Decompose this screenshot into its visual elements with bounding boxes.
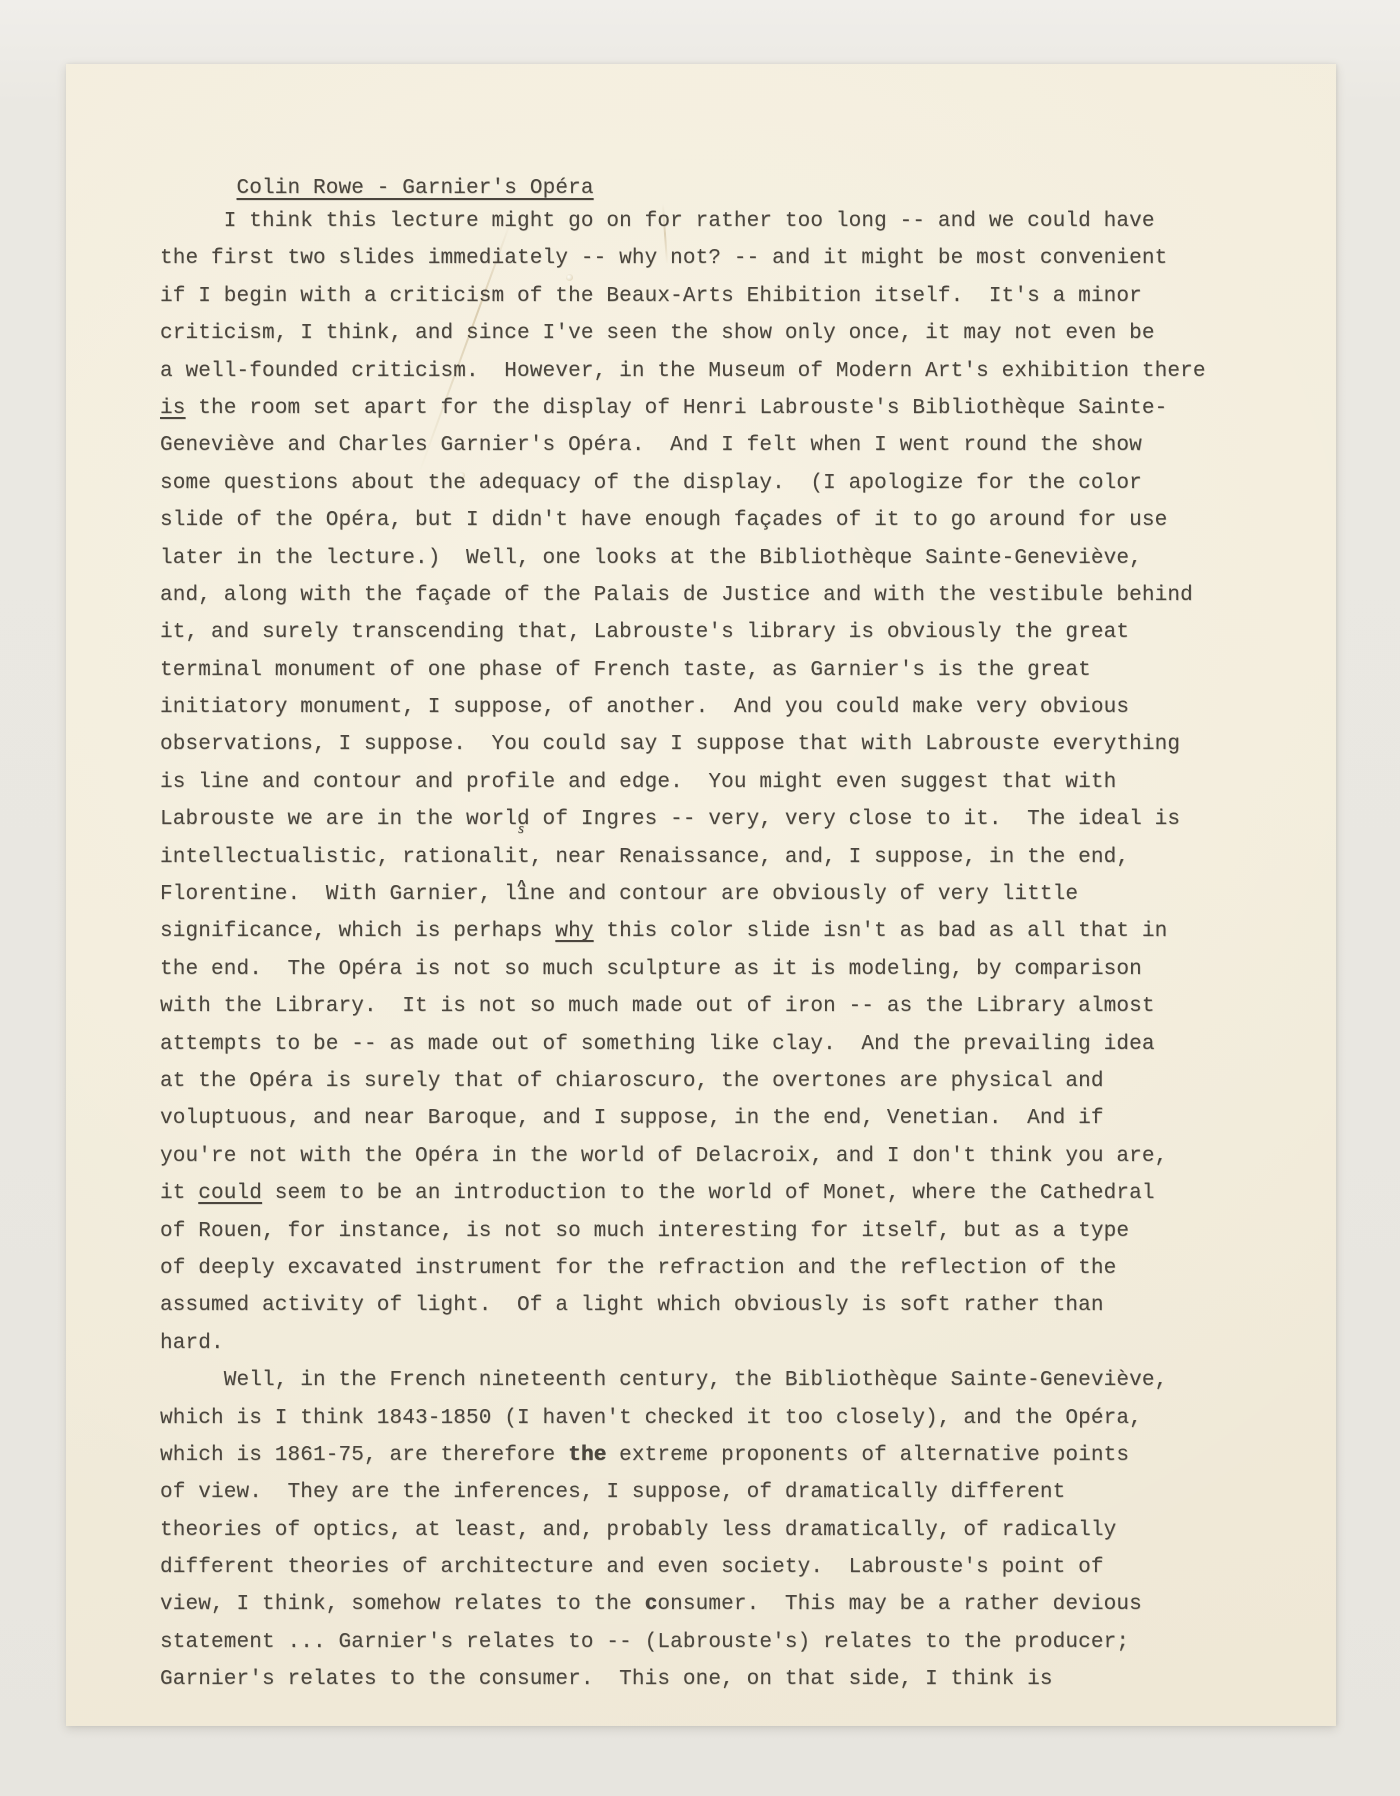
text-segment: different theories of architecture and e… — [160, 1556, 1104, 1579]
text-segment: intellectualistic, rationali — [160, 846, 517, 869]
text-segment: with the Library. It is not so much made… — [160, 995, 1155, 1018]
insertion-caret-below: ^ — [517, 879, 526, 894]
text-segment: observations, I suppose. You could say I… — [160, 733, 1180, 756]
text-line: theories of optics, at least, and, proba… — [160, 1512, 1206, 1549]
text-segment: later in the lecture.) Well, one looks a… — [160, 547, 1142, 570]
text-line: a well-founded criticism. However, in th… — [160, 353, 1206, 390]
text-line: voluptuous, and near Baroque, and I supp… — [160, 1100, 1206, 1137]
text-segment: which is 1861-75, are therefore — [160, 1444, 568, 1467]
text-line: significance, which is perhaps why this … — [160, 913, 1206, 950]
text-segment: you're not with the Opéra in the world o… — [160, 1145, 1167, 1168]
text-line: intellectualistic, rationalits^, near Re… — [160, 839, 1206, 876]
text-segment: could — [198, 1182, 262, 1205]
document-title-text: Colin Rowe - Garnier's Opéra — [237, 177, 594, 200]
scan-background: Colin Rowe - Garnier's Opéra I think thi… — [0, 0, 1400, 1796]
text-line: different theories of architecture and e… — [160, 1549, 1206, 1586]
text-line: it could seem to be an introduction to t… — [160, 1175, 1206, 1212]
text-segment: extreme proponents of alternative points — [606, 1444, 1129, 1467]
text-segment: of deeply excavated instrument for the r… — [160, 1257, 1116, 1280]
text-line: which is 1861-75, are therefore the extr… — [160, 1437, 1206, 1474]
text-segment: , near Renaissance, and, I suppose, in t… — [530, 846, 1129, 869]
text-line: with the Library. It is not so much made… — [160, 988, 1206, 1025]
text-segment: is — [160, 397, 186, 420]
text-segment: terminal monument of one phase of French… — [160, 659, 1091, 682]
text-line: is line and contour and profile and edge… — [160, 764, 1206, 801]
text-line: assumed activity of light. Of a light wh… — [160, 1287, 1206, 1324]
document-lines: I think this lecture might go on for rat… — [160, 203, 1206, 1699]
text-line: slide of the Opéra, but I didn't have en… — [160, 502, 1206, 539]
text-segment: criticism, I think, and since I've seen … — [160, 322, 1155, 345]
text-line: initiatory monument, I suppose, of anoth… — [160, 689, 1206, 726]
text-segment: slide of the Opéra, but I didn't have en… — [160, 509, 1167, 532]
text-segment: Well, in the French nineteenth century, … — [160, 1369, 1167, 1392]
text-line: some questions about the adequacy of the… — [160, 465, 1206, 502]
text-line: view, I think, somehow relates to the co… — [160, 1586, 1206, 1623]
text-line: Well, in the French nineteenth century, … — [160, 1362, 1206, 1399]
text-line: of Rouen, for instance, is not so much i… — [160, 1213, 1206, 1250]
insertion-letter-above: s — [518, 822, 524, 837]
text-segment: a well-founded criticism. However, in th… — [160, 360, 1206, 383]
paper-sheet: Colin Rowe - Garnier's Opéra I think thi… — [66, 64, 1336, 1726]
text-line: which is I think 1843-1850 (I haven't ch… — [160, 1400, 1206, 1437]
text-line: Florentine. With Garnier, line and conto… — [160, 876, 1206, 913]
text-segment: it — [160, 1182, 198, 1205]
text-line: statement ... Garnier's relates to -- (L… — [160, 1624, 1206, 1661]
text-segment: is line and contour and profile and edge… — [160, 771, 1116, 794]
text-line: later in the lecture.) Well, one looks a… — [160, 540, 1206, 577]
text-segment: and, along with the façade of the Palais… — [160, 584, 1193, 607]
text-segment: hard. — [160, 1332, 224, 1355]
text-line: hard. — [160, 1325, 1206, 1362]
text-segment: view, I think, somehow relates to the — [160, 1593, 645, 1616]
text-segment: Geneviève and Charles Garnier's Opéra. A… — [160, 434, 1142, 457]
text-segment: the room set apart for the display of He… — [186, 397, 1168, 420]
text-line: I think this lecture might go on for rat… — [160, 203, 1206, 240]
text-segment: Florentine. With Garnier, line and conto… — [160, 883, 1078, 906]
text-line: observations, I suppose. You could say I… — [160, 726, 1206, 763]
text-line: Garnier's relates to the consumer. This … — [160, 1661, 1206, 1698]
text-segment: I think this lecture might go on for rat… — [160, 210, 1155, 233]
text-segment: Garnier's relates to the consumer. This … — [160, 1668, 1053, 1691]
text-line: it, and surely transcending that, Labrou… — [160, 614, 1206, 651]
text-line: terminal monument of one phase of French… — [160, 652, 1206, 689]
text-segment: c — [645, 1593, 658, 1616]
text-segment: Labrouste we are in the world of Ingres … — [160, 808, 1180, 831]
text-segment: which is I think 1843-1850 (I haven't ch… — [160, 1407, 1142, 1430]
text-segment: significance, which is perhaps — [160, 920, 555, 943]
text-line: at the Opéra is surely that of chiaroscu… — [160, 1063, 1206, 1100]
text-line: attempts to be -- as made out of somethi… — [160, 1026, 1206, 1063]
text-segment: of view. They are the inferences, I supp… — [160, 1481, 1065, 1504]
text-line: you're not with the Opéra in the world o… — [160, 1138, 1206, 1175]
text-segment: the first two slides immediately -- why … — [160, 247, 1167, 270]
text-line: and, along with the façade of the Palais… — [160, 577, 1206, 614]
text-line: is the room set apart for the display of… — [160, 390, 1206, 427]
text-line: Geneviève and Charles Garnier's Opéra. A… — [160, 427, 1206, 464]
text-segment: initiatory monument, I suppose, of anoth… — [160, 696, 1129, 719]
text-line: the first two slides immediately -- why … — [160, 240, 1206, 277]
text-segment: seem to be an introduction to the world … — [262, 1182, 1155, 1205]
text-segment: some questions about the adequacy of the… — [160, 472, 1142, 495]
text-line: the end. The Opéra is not so much sculpt… — [160, 951, 1206, 988]
text-segment: onsumer. This may be a rather devious — [657, 1593, 1142, 1616]
text-segment: at the Opéra is surely that of chiaroscu… — [160, 1070, 1104, 1093]
text-segment: this color slide isn't as bad as all tha… — [594, 920, 1168, 943]
text-line: of deeply excavated instrument for the r… — [160, 1250, 1206, 1287]
handwritten-insertion-mark: ts^ — [517, 839, 530, 876]
text-line: of view. They are the inferences, I supp… — [160, 1474, 1206, 1511]
text-segment: if I begin with a criticism of the Beaux… — [160, 285, 1142, 308]
text-line: if I begin with a criticism of the Beaux… — [160, 278, 1206, 315]
text-segment: the end. The Opéra is not so much sculpt… — [160, 958, 1142, 981]
text-segment: it, and surely transcending that, Labrou… — [160, 621, 1129, 644]
text-segment: attempts to be -- as made out of somethi… — [160, 1033, 1155, 1056]
text-line: Labrouste we are in the world of Ingres … — [160, 801, 1206, 838]
text-segment: assumed activity of light. Of a light wh… — [160, 1294, 1104, 1317]
text-line: criticism, I think, and since I've seen … — [160, 315, 1206, 352]
text-segment: of Rouen, for instance, is not so much i… — [160, 1220, 1129, 1243]
text-segment: theories of optics, at least, and, proba… — [160, 1519, 1116, 1542]
text-segment: voluptuous, and near Baroque, and I supp… — [160, 1107, 1104, 1130]
text-segment: the — [568, 1444, 606, 1467]
text-segment: why — [555, 920, 593, 943]
text-segment: statement ... Garnier's relates to -- (L… — [160, 1631, 1129, 1654]
